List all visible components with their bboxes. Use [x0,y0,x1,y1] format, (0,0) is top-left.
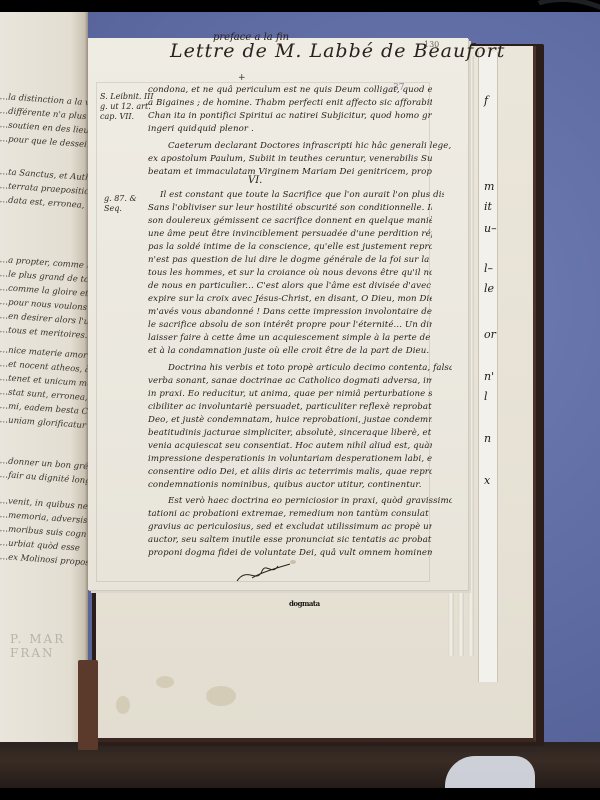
manuscript-line: ex apostolum Paulum, Subiit in teuthes c… [148,154,432,164]
left-line: …nice materie amoris pur [0,345,88,361]
manuscript-line: expire sur la croix avec Jésus-Christ, e… [148,294,432,304]
stain [206,686,236,706]
manuscript-line: impressione desperationis in voluntariam… [148,454,432,464]
manuscript-line: et à la condamnation juste où elle croit… [148,346,432,356]
margin-note: S. Leibnit. III g. ut 12. art. cap. VII. [100,92,154,122]
white-cloth-corner [445,756,535,788]
margin-note: g. 87. & Seq. [104,194,137,214]
manuscript-line: laisser faire à cette âme un acquiesceme… [148,333,432,343]
manuscript-line: tationi ac probationi extremae, remedium… [148,509,432,519]
left-line: …a propter, comme l'homme [0,255,88,271]
left-line: …data est, erronea, et vid [0,195,88,211]
manuscript-line: beatitudinis jacturae simpliciter, absol… [148,428,432,438]
left-page: …la distinction a la volonté …différente… [0,12,88,742]
strip-char: or [484,328,496,341]
left-line: …tenet et unicum motivum [0,373,88,389]
left-line: …terrata praepositio, dicens [0,181,88,197]
left-line: …soutien en des lieux qu' [0,120,88,136]
stamp-line: FRAN [10,646,80,660]
library-stamp: P. MAR FRAN [10,632,80,702]
manuscript-line: venia acquiescat seu consentiat. Hoc aut… [148,441,432,451]
left-line: …stat sunt, erronea, à [0,387,88,403]
strip-char: u– [484,222,497,235]
left-line: …pour que le dessein a été [0,134,88,150]
left-line: …ta Sanctus, et Author lupa [0,167,88,183]
top-black-bar [0,0,600,12]
left-line: …moribus suis cogn [0,524,88,540]
manuscript-line: ingeri quidquid plenor . [148,124,432,134]
stamp-line: P. MAR [10,632,80,646]
manuscript-line: tous les hommes, et sur la croiance où n… [148,268,432,278]
left-line: …comme la gloire et la loi [0,283,88,299]
manuscript-line: consentire odio Dei, et aliis diris ac t… [148,467,432,477]
catchword: dogmata [289,599,320,608]
right-tab-strip: f m it u– l– le or n' l n x [478,52,498,682]
strip-char: le [484,282,494,295]
manuscript-line: condemnationis nominibus, quibus auctor … [148,480,432,490]
manuscript-line: Il est constant que toute la Sacrifice q… [160,190,444,200]
manuscript-line: a Bigaines ; de homine. Thabm perfecti e… [148,98,432,108]
manuscript-line: in praxi. Eo reducitur, ut anima, quae p… [148,389,432,399]
left-line: …mi, eadem besta Concil [0,401,88,417]
cross-mark: + [238,73,246,83]
manuscript-line: beatam et immaculatam Virginem Mariam De… [148,167,432,177]
manuscript-line: verba sonant, sanae doctrinae ac Catholi… [148,376,432,386]
foxing-spot [290,560,296,564]
left-line: …donner un bon gré [0,456,88,472]
strip-char: n [484,432,491,445]
left-line: …fair au dignité longtemps [0,470,88,486]
manuscript-line: n'est pas question de lui dire le dogme … [148,255,432,265]
left-line: …le plus grand de tous ces [0,269,88,285]
stain [116,696,130,714]
bottom-black-bar [0,788,600,800]
left-line: …ex Molinosi proposit [0,552,88,568]
strip-char: l [484,390,488,403]
left-line: …pour nous voulons que le [0,297,88,313]
left-line: …venit, in quibus nec [0,496,88,512]
manuscript-line: Caeterum declarant Doctores infrascripti… [168,141,452,151]
manuscript-line: pas la soldé intime de la conscience, qu… [148,242,432,252]
manuscript-line: condona, et ne quâ periculum est ne quis… [148,85,432,95]
manuscript-line: le sacrifice absolu de son intérêt propr… [148,320,432,330]
left-line: …memoria, adversis [0,510,88,526]
strip-char: x [484,474,490,487]
left-line: …tous et meritoires. [0,325,88,341]
left-line: …différente n'a plus de lieu [0,106,88,122]
page-title: Lettre de M. Labbé de Beaufort [170,40,505,62]
manuscript-line: une âme peut être invinciblement persuad… [148,229,432,239]
left-line: …en desirer alors l'un [0,311,88,327]
left-line: …uniam glorificatur Deus [0,415,88,431]
manuscript-line: Chan ita in pontifici Spiritui ac natire… [148,111,432,121]
manuscript-line: de nous en particulier... C'est alors qu… [148,281,432,291]
manuscript-line: son doulereux gémissent ce sacrifice don… [148,216,432,226]
left-line: …la distinction a la volonté [0,92,88,108]
strip-char: l– [484,262,493,275]
strip-char: m [484,180,494,193]
stain [156,676,174,688]
left-line: …et nocent atheos, à l' [0,359,88,375]
strip-char: it [484,200,492,213]
manuscript-line: cibiliter ac involuntariè persuadet, par… [148,402,432,412]
manuscript-line: m'avés vous abandonné ! Dans cette impre… [148,307,432,317]
manuscript-line: Doctrina his verbis et toto propè articu… [168,363,452,373]
torn-binding-corner [78,660,98,750]
manuscript-line: auctor, seu saltem inutile esse pronunci… [148,535,432,545]
manuscript-line: gravius ac periculosius, sed et excludat… [148,522,432,532]
left-line: …urbiat quòd esse [0,538,88,554]
paraph-signature [232,556,292,586]
manuscript-line: Sans l'obliviser sur leur hostilité obsc… [148,203,432,213]
manuscript-line: Deo, et justè condemnatam, huice reproba… [148,415,432,425]
manuscript-line: Est verò haec doctrina eo perniciosior i… [168,496,452,506]
strip-char: n' [484,370,494,383]
strip-char: f [484,94,488,107]
folio-number: 130 [424,40,439,49]
page-edge [468,56,474,656]
